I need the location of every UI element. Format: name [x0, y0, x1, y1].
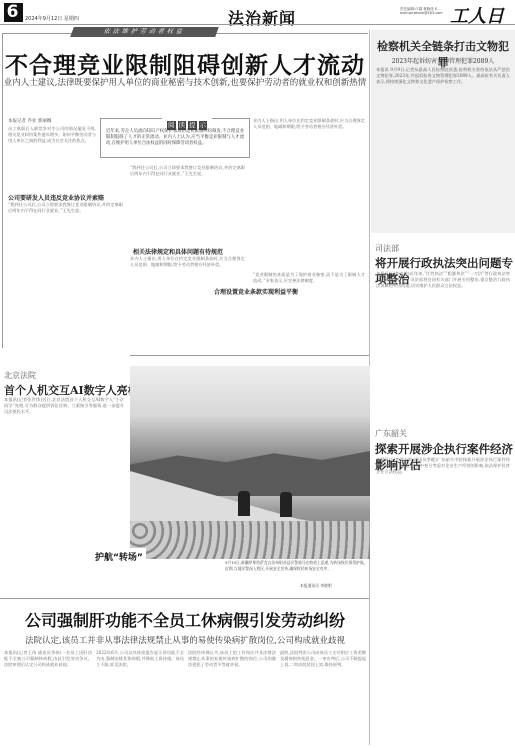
bottom-col-3: 法院经审理认为,该员工的工作岗位并非法律法规禁止从事的易使传染病扩散的岗位,公司… — [188, 650, 276, 746]
lead-section-heading-2: 相关法律规定和具体问题有待规范 — [133, 247, 245, 256]
right-bottom-location: 广东韶关 — [375, 428, 407, 439]
right-top-subhead: 2023年起诉妨害文物管理犯罪2089人 — [375, 56, 511, 65]
photo-label: 护航“转场” — [92, 548, 146, 565]
photo-caption: 9月10日,新疆伊犁哈萨克自治州昭苏县民警骑马在牧道上巡逻,为转场牧民保驾护航。… — [225, 560, 370, 571]
lead-col-3: 业内人士指出,用人单位在约定竞业限制条款时,应当合理界定人员范围、地域和期限,给… — [253, 118, 365, 268]
right-bottom-body: 本报讯(记者刘友婷 通讯员李懿)广东韶关中院探索开展涉企执行案件经济影响评估,在… — [376, 457, 510, 744]
issue-date: 2024年9月12日 星期四 — [25, 15, 79, 22]
right-top-body: 本报讯 9月9日,记者从最高人民检察院获悉,检察机关坚持依法从严惩治文物犯罪,2… — [376, 67, 510, 227]
page-number: 6 — [4, 3, 21, 22]
lead-col-2: “我到任公司后,公司立即要求我签订竞业限制协议,并约定离职后两年内不得在同行业就… — [130, 165, 245, 245]
photo-top-rule — [130, 355, 370, 356]
bottom-col-2: 2022年6月,公司以其体检报告显示肝功能不全为由,强制安排其休病假,并降低工资… — [96, 650, 184, 746]
right-mid-location: 司法部 — [375, 243, 399, 254]
bottom-headline[interactable]: 公司强制肝功能不全员工休病假引发劳动纠纷 — [0, 608, 370, 631]
topic-banner: 依法维护劳动者权益 — [70, 27, 219, 37]
tip-char: 提 — [188, 121, 197, 130]
lead-subhead: 业内人士建议,法律既要保护用人单位的商业秘密与技术创新,也要保护劳动者的就业权和… — [0, 76, 370, 88]
bottom-col-1: 本报讯(记者王伟 通讯员李伟)一名员工因肝功能不全被公司强制休病假,由此引发劳动… — [4, 650, 92, 746]
editor-contact: 责任编辑:卢越 黄晓伟 E-mail:grrbfzxw@163.com — [400, 7, 445, 15]
lead-col-1: 员工离职后入职竞争对手公司的情况屡见不鲜,相关竞业纠纷案件逐年增多。如何平衡劳动… — [8, 126, 96, 186]
section-title: 法治新闻 — [228, 6, 296, 29]
reading-tips-text: 近年来,劳企人员流向知识产权保护领域的竞业限制纠纷频发,不合理竞业限制阻碍了人才… — [106, 129, 244, 147]
tip-char: 示 — [199, 121, 208, 130]
bottom-article-rule — [0, 598, 370, 599]
right-top-headline[interactable]: 检察机关全链条打击文物犯罪 — [375, 38, 511, 70]
bottom-col-4: 最终,法院判决公司向该员工支付相应工资差额及精神损害抚慰金。一审宣判后,公司不服… — [280, 650, 366, 746]
lead-col-4: “竞业限制的本质是为了保护商业秘密,而不是为了限制人才流动。”专家表示,应完善法… — [253, 272, 365, 342]
photo-credit: 本报通讯员 李晓明 — [300, 583, 332, 589]
tip-char: 阅 — [167, 121, 176, 130]
bottom-subhead: 法院认定,该员工并非从事法律法规禁止从事的易使传染病扩散岗位,公司构成就业歧视 — [0, 634, 370, 646]
masthead-rule — [0, 24, 515, 25]
tip-char: 读 — [178, 121, 187, 130]
left-mid-headline[interactable]: 首个人机交互AI数字人亮相 — [4, 382, 139, 398]
left-mid-location: 北京法院 — [4, 370, 36, 381]
lead-col-1b: “我到任公司后,公司立即要求我签订竞业限制协议,并约定离职后两年内不得在同行业就… — [8, 202, 123, 342]
lead-section-heading-1: 公司要研发人员违反竞业协议并索赔 — [8, 193, 118, 202]
photo-sheep-flock — [130, 521, 370, 559]
lead-col-2b: 业内人士指出,用人单位在约定竞业限制条款时,应当合理界定人员范围、地域和期限,给… — [130, 256, 245, 341]
lead-byline: 本报记者 乔业 郭丽娜 — [8, 118, 51, 124]
left-mid-body: 本报讯(记者张世锋)近日,北京法院首个人机交互AI数字人“小京同学”亮相,可为群… — [4, 397, 124, 602]
right-mid-body: 本报讯(记者卢越)近年来,“任性执法”“粗暴执法”“一刀切”等行政执法突出问题仍… — [376, 271, 510, 421]
photo-rider — [280, 492, 292, 517]
news-photo-herding[interactable] — [130, 366, 370, 559]
photo-rider — [238, 491, 250, 516]
reading-tips-title: 阅读提示 — [162, 112, 212, 123]
page-number-bar — [21, 3, 23, 22]
